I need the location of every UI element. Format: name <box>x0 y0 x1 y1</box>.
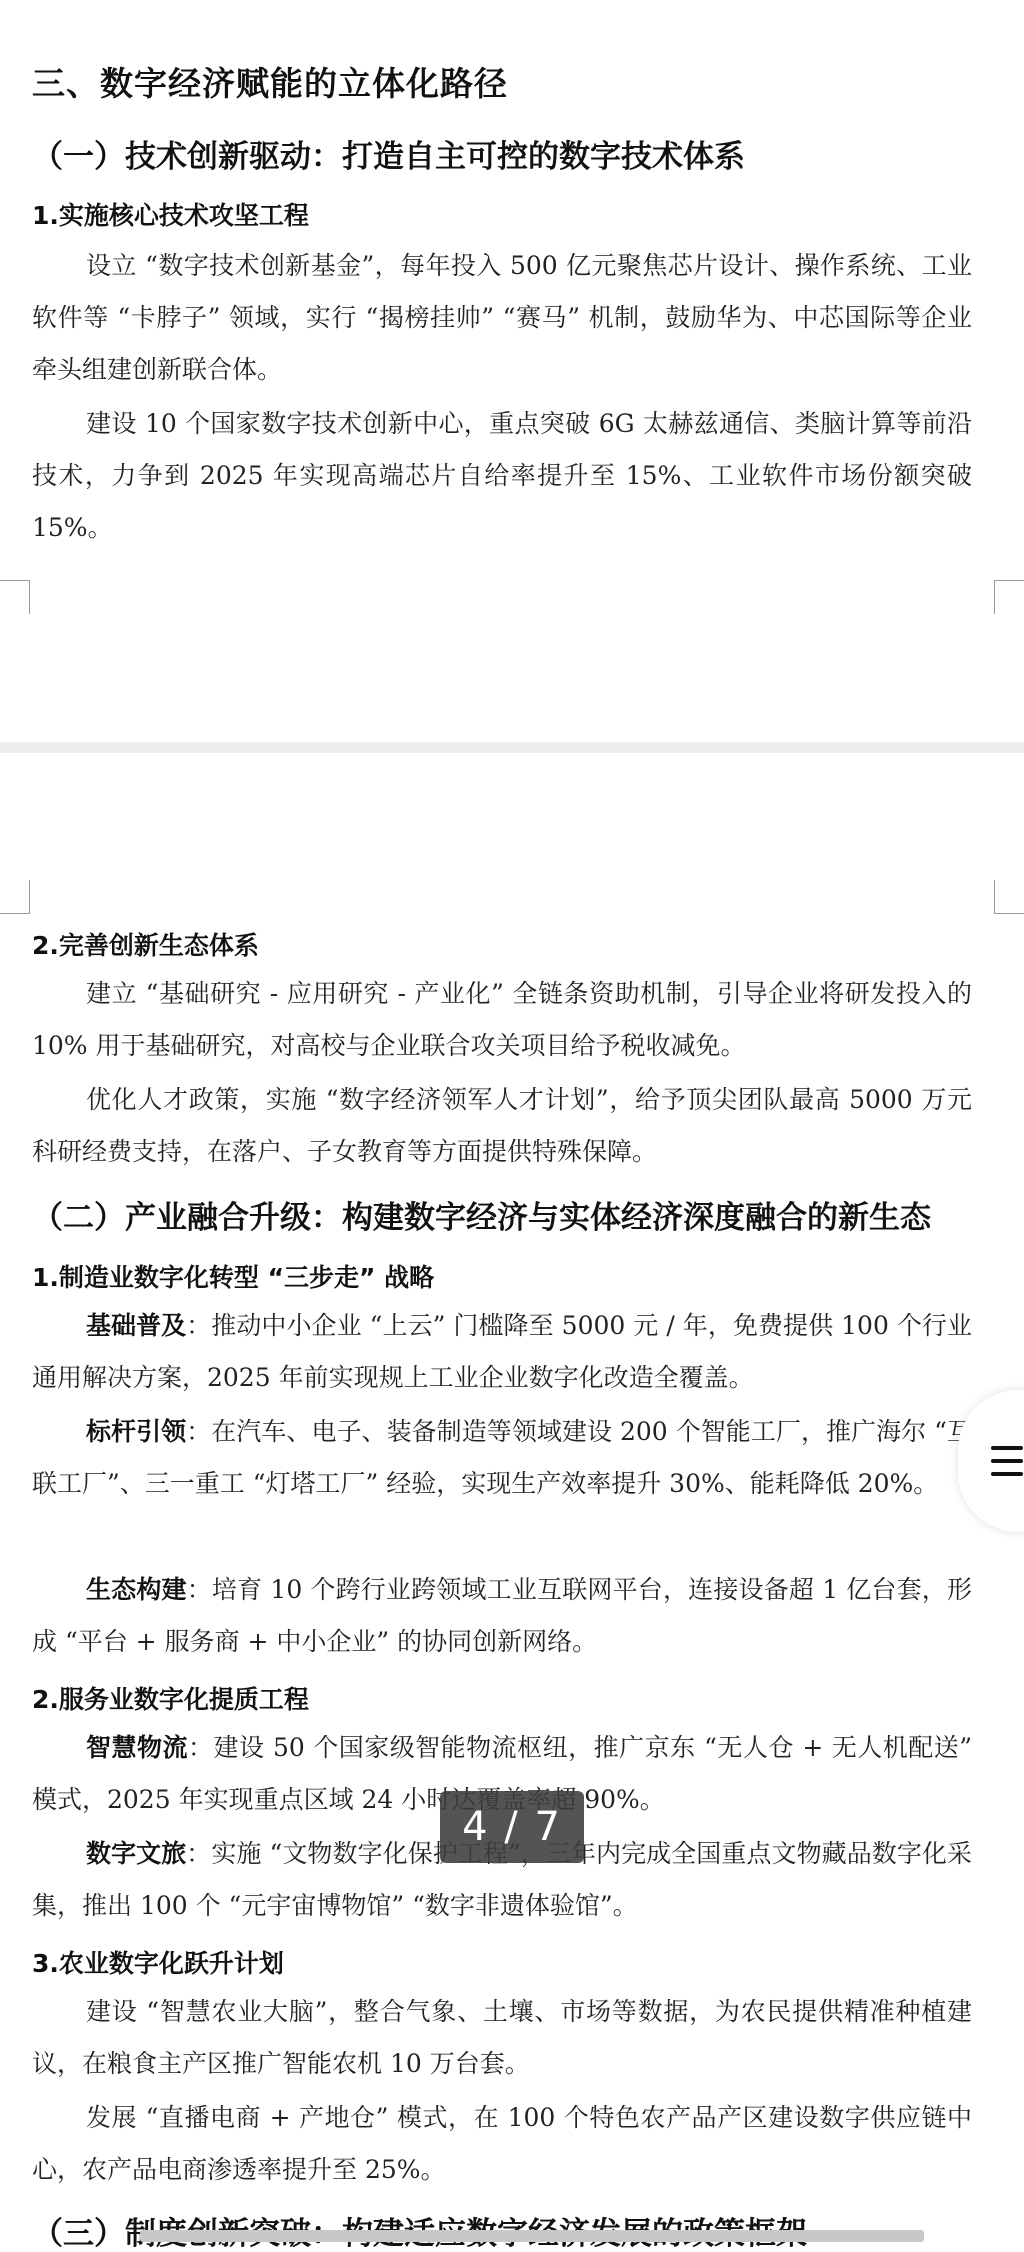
page-corner-mark <box>994 580 1024 614</box>
hamburger-menu-icon <box>991 1446 1023 1450</box>
item-title-1-1: 1.实施核心技术攻坚工程 <box>32 196 309 232</box>
paragraph-label: 基础普及 <box>86 1311 186 1340</box>
page-corner-mark <box>0 880 30 914</box>
paragraph: 标杆引领：在汽车、电子、装备制造等领域建设 200 个智能工厂，推广海尔 “互联… <box>32 1406 972 1510</box>
subsection-title-2: （二）产业融合升级：构建数字经济与实体经济深度融合的新生态 <box>32 1192 931 1237</box>
paragraph-label: 智慧物流 <box>86 1733 188 1762</box>
item-title-2-3: 3.农业数字化跃升计划 <box>32 1944 284 1980</box>
paragraph: 基础普及：推动中小企业 “上云” 门槛降至 5000 元 / 年，免费提供 10… <box>32 1300 972 1404</box>
paragraph-label: 数字文旅 <box>86 1839 186 1868</box>
page-corner-mark <box>0 580 30 614</box>
hamburger-menu-icon <box>991 1459 1023 1463</box>
paragraph: 建立 “基础研究 - 应用研究 - 产业化” 全链条资助机制，引导企业将研发投入… <box>32 968 972 1072</box>
paragraph: 发展 “直播电商 + 产地仓” 模式，在 100 个特色农产品产区建设数字供应链… <box>32 2092 972 2196</box>
page-separator <box>0 742 1024 753</box>
hamburger-menu-icon <box>991 1472 1023 1476</box>
paragraph: 优化人才政策，实施 “数字经济领军人才计划”，给予顶尖团队最高 5000 万元科… <box>32 1074 972 1178</box>
item-title-2-1: 1.制造业数字化转型 “三步走” 战略 <box>32 1258 434 1294</box>
paragraph: 建设 “智慧农业大脑”，整合气象、土壤、市场等数据，为农民提供精准种植建议，在粮… <box>32 1986 972 2090</box>
paragraph: 设立 “数字技术创新基金”，每年投入 500 亿元聚焦芯片设计、操作系统、工业软… <box>32 240 972 396</box>
paragraph: 建设 10 个国家数字技术创新中心，重点突破 6G 太赫兹通信、类脑计算等前沿技… <box>32 398 972 554</box>
item-title-1-2: 2.完善创新生态体系 <box>32 926 259 962</box>
subsection-title-1: （一）技术创新驱动：打造自主可控的数字技术体系 <box>32 131 745 176</box>
section-title: 三、数字经济赋能的立体化路径 <box>32 58 508 105</box>
paragraph-label: 标杆引领 <box>86 1417 186 1446</box>
page-corner-mark <box>994 880 1024 914</box>
item-title-2-2: 2.服务业数字化提质工程 <box>32 1680 309 1716</box>
paragraph-label: 生态构建 <box>86 1575 187 1604</box>
page-indicator: 4 / 7 <box>440 1791 584 1863</box>
horizontal-scrollbar[interactable] <box>140 2230 924 2242</box>
paragraph: 生态构建：培育 10 个跨行业跨领域工业互联网平台，连接设备超 1 亿台套，形成… <box>32 1564 972 1668</box>
